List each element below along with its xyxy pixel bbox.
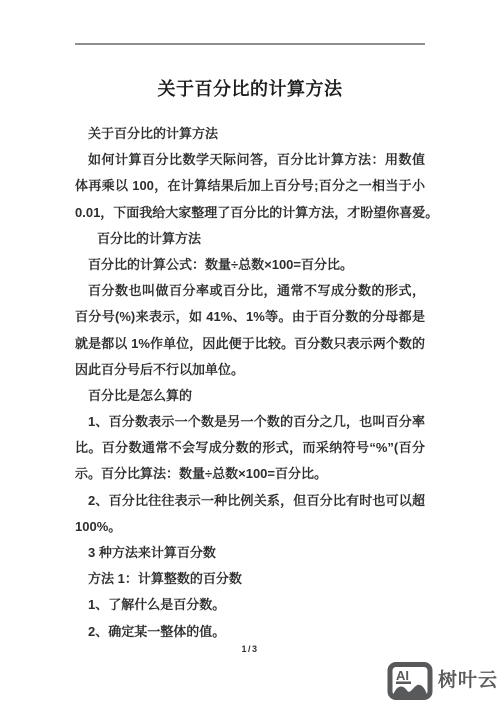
page-number: 1/3 <box>0 644 500 654</box>
text-line: 百分比的计算方法 <box>75 226 425 252</box>
text-line: 示。百分比算法：数量÷总数×100=百分比。 <box>75 461 425 487</box>
text-line: 比。百分数通常不会写成分数的形式，而采纳符号“%”(百分号)来表 <box>75 435 425 461</box>
text-line: 关于百分比的计算方法 <box>75 121 425 147</box>
text-line: 百分数也叫做百分率或百分比，通常不写成分数的形式，而采纳 <box>75 278 425 304</box>
header-divider-line <box>75 43 425 45</box>
text-line: 0.01，下面我给大家整理了百分比的计算方法，才盼望你喜爱。 <box>75 200 425 226</box>
text-line: 1、百分数表示一个数是另一个数的百分之几，也叫百分率或百分 <box>75 409 425 435</box>
text-line: 就是都以 1%作单位，因此便于比较。百分数只表示两个数的关系， <box>75 331 425 357</box>
document-body: 关于百分比的计算方法 如何计算百分比数学天际问答，百分比计算方法：用数值除以总 … <box>75 121 425 645</box>
text-line: 100%。 <box>75 514 425 540</box>
text-line: 百分比的计算公式：数量÷总数×100=百分比。 <box>75 252 425 278</box>
text-line: 百分号(%)来表示，如 41%、1%等。由于百分数的分母都是 100，也 <box>75 304 425 330</box>
text-line: 如何计算百分比数学天际问答，百分比计算方法：用数值除以总 <box>75 147 425 173</box>
text-line: 方法 1：计算整数的百分数 <box>75 566 425 592</box>
watermark-logo: AI 树叶云 <box>387 661 498 701</box>
text-line: 因此百分号后不行以加单位。 <box>75 357 425 383</box>
text-line: 3 种方法来计算百分数 <box>75 540 425 566</box>
page-title: 关于百分比的计算方法 <box>0 75 500 101</box>
text-line: 体再乘以 100，在计算结果后加上百分号;百分之一相当于小数 <box>75 173 425 199</box>
text-line: 2、确定某一整体的值。 <box>75 619 425 645</box>
text-line: 1、了解什么是百分数。 <box>75 592 425 618</box>
text-line: 百分比是怎么算的 <box>75 383 425 409</box>
text-line: 2、百分比往往表示一种比例关系，但百分比有时也可以超过 <box>75 488 425 514</box>
document-page: 关于百分比的计算方法 关于百分比的计算方法 如何计算百分比数学天际问答，百分比计… <box>0 0 500 707</box>
logo-ai-label: AI <box>396 668 409 683</box>
watermark-brand-text: 树叶云 <box>438 661 498 701</box>
ai-image-logo-icon: AI <box>387 661 433 701</box>
